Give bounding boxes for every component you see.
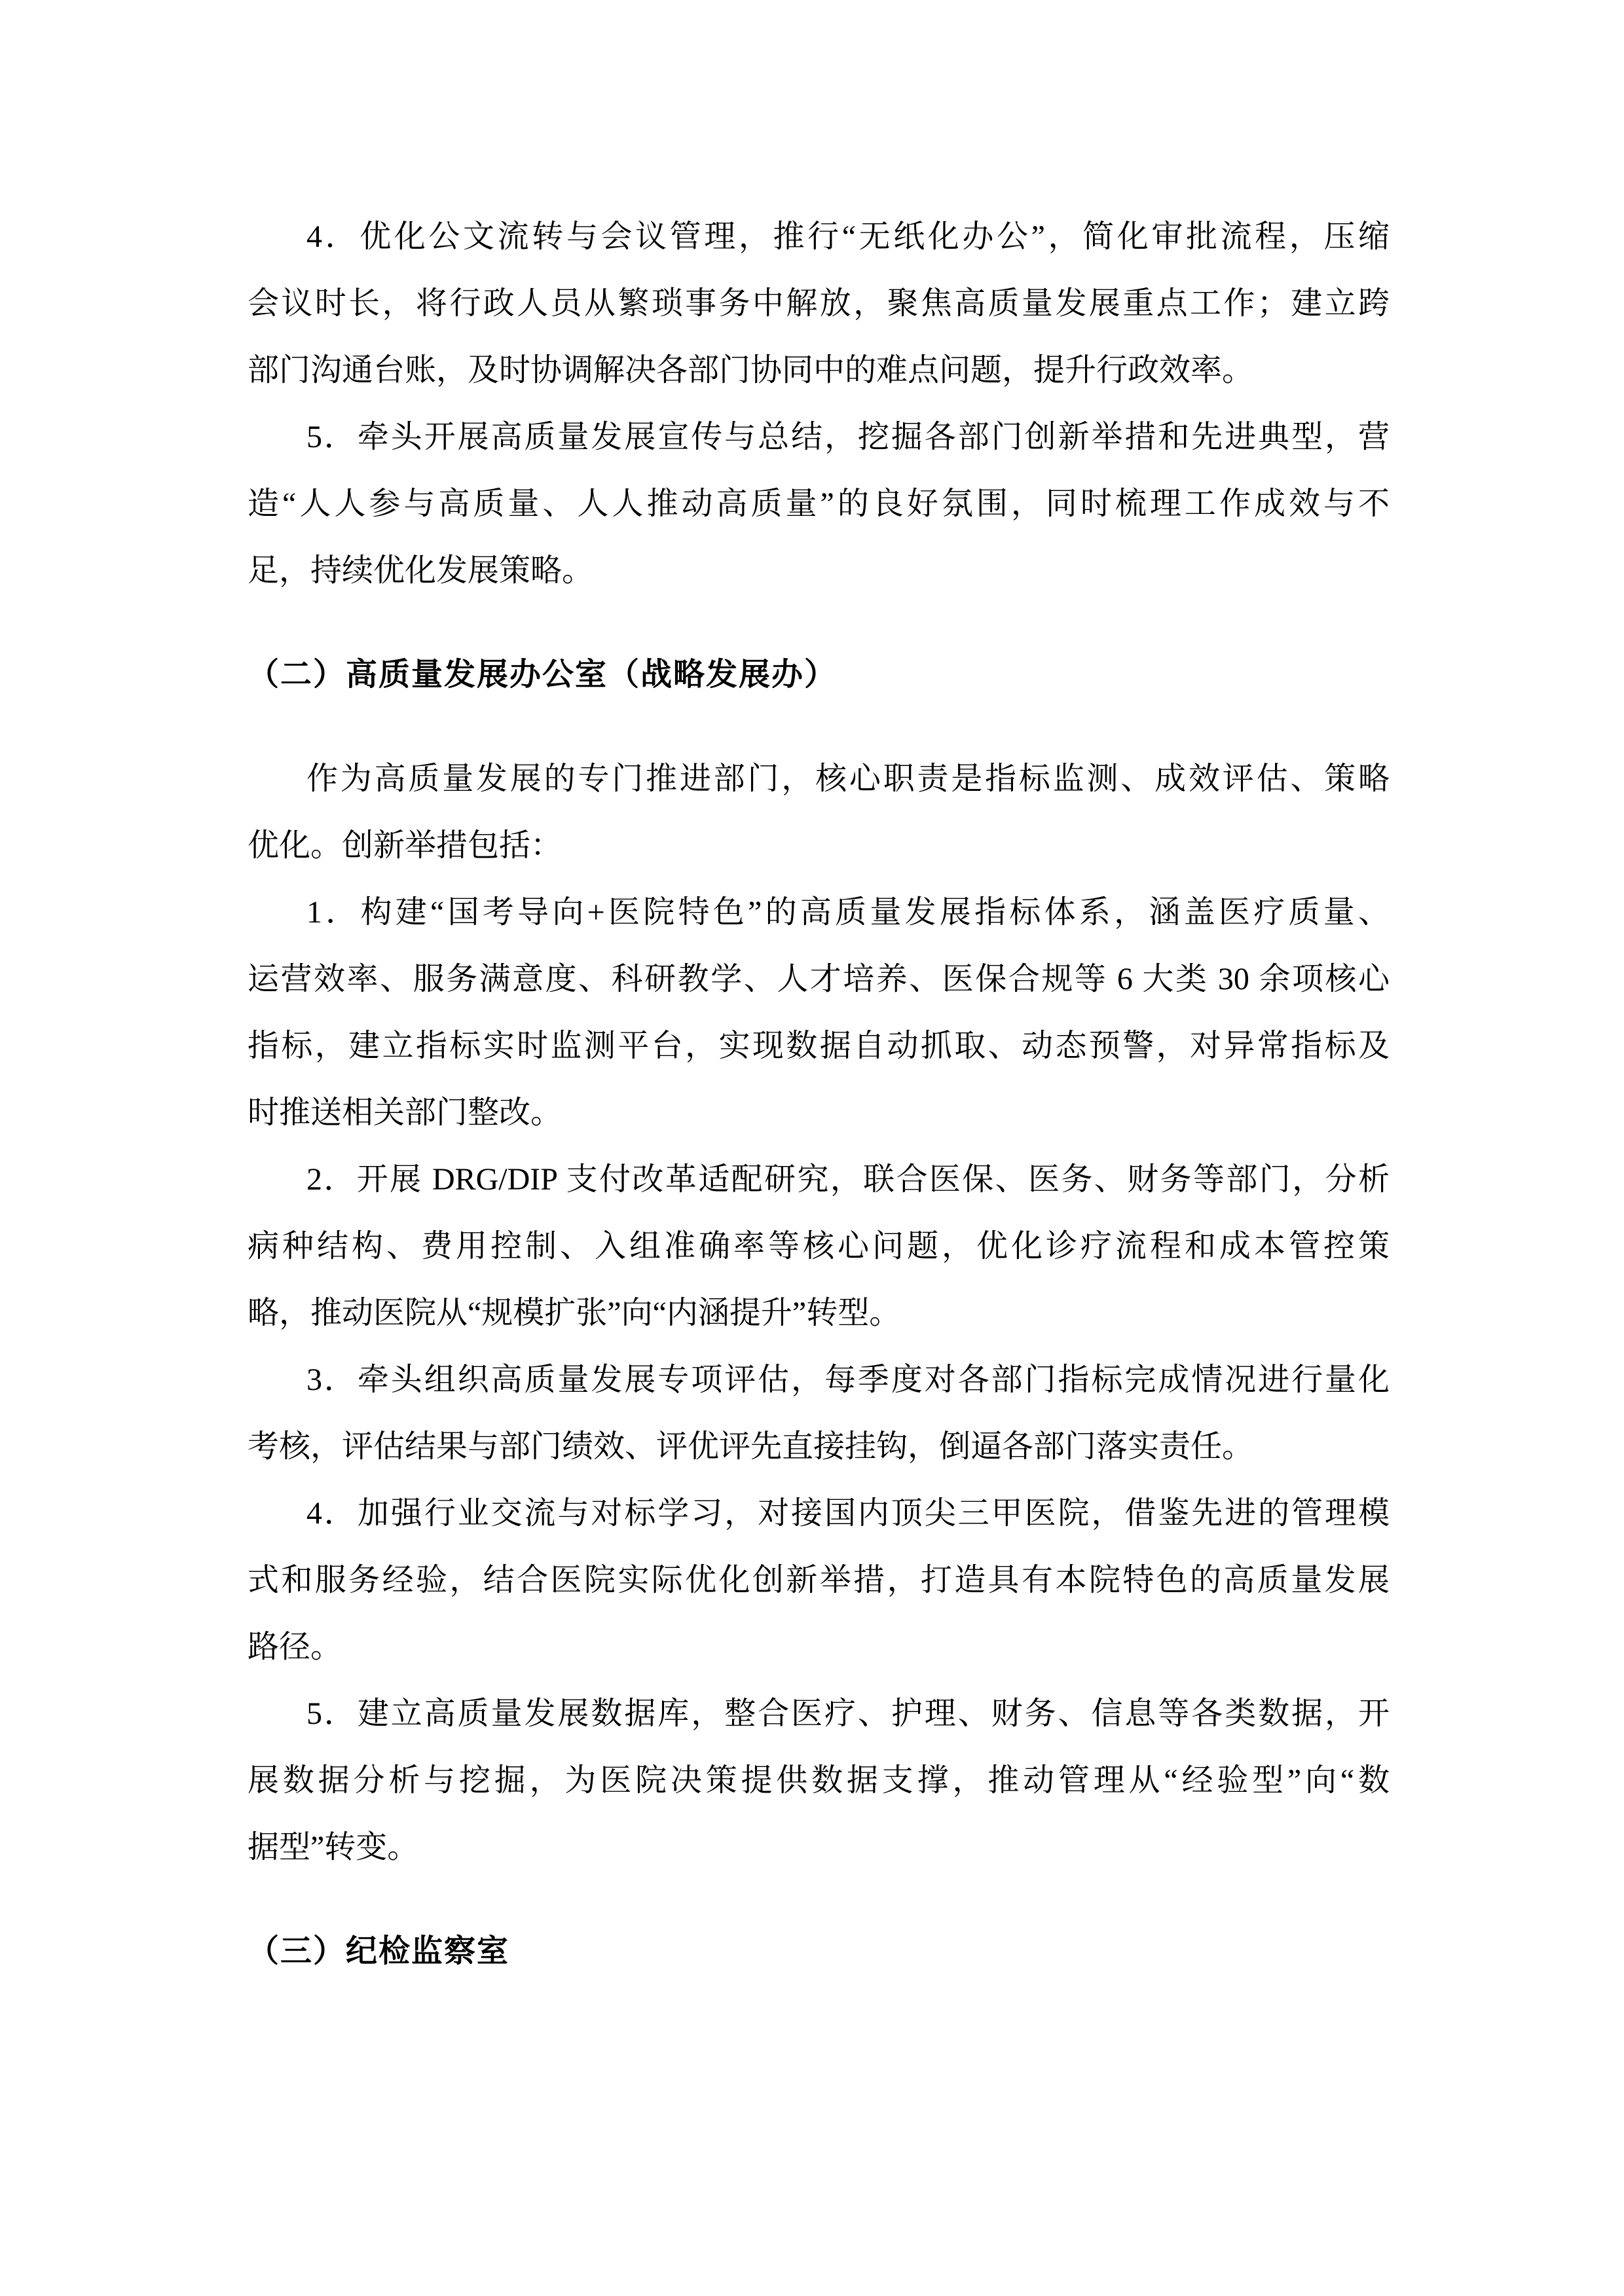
text-line: 会议时长，将行政人员从繁琐事务中解放，聚焦高质量发展重点工作；建立跨 (248, 270, 1390, 337)
text-line: 病种结构、费用控制、入组准确率等核心问题，优化诊疗流程和成本管控策 (248, 1213, 1390, 1280)
text-line: 1．构建“国考导向+医院特色”的高质量发展指标体系，涵盖医疗质量、 (248, 879, 1390, 946)
text-line: 略，推动医院从“规模扩张”向“内涵提升”转型。 (248, 1280, 1390, 1347)
text-line: 3．牵头组织高质量发展专项评估，每季度对各部门指标完成情况进行量化 (248, 1347, 1390, 1413)
text-line: 5．牵头开展高质量发展宣传与总结，挖掘各部门创新举措和先进典型，营 (248, 404, 1390, 471)
text-line: 2．开展 DRG/DIP 支付改革适配研究，联合医保、医务、财务等部门，分析 (248, 1146, 1390, 1213)
text-line: 4．加强行业交流与对标学习，对接国内顶尖三甲医院，借鉴先进的管理模 (248, 1480, 1390, 1547)
section-heading: （三）纪检监察室 (248, 1918, 1390, 1985)
text-line: 造“人人参与高质量、人人推动高质量”的良好氛围，同时梳理工作成效与不 (248, 471, 1390, 538)
text-line: 路径。 (248, 1614, 1390, 1681)
text-line: 5．建立高质量发展数据库，整合医疗、护理、财务、信息等各类数据，开 (248, 1681, 1390, 1747)
document-page: 4．优化公文流转与会议管理，推行“无纸化办公”，简化审批流程，压缩会议时长，将行… (0, 0, 1624, 2296)
text-line: 足，持续优化发展策略。 (248, 538, 1390, 604)
text-line: 运营效率、服务满意度、科研教学、人才培养、医保合规等 6 大类 30 余项核心 (248, 946, 1390, 1013)
text-line: 4．优化公文流转与会议管理，推行“无纸化办公”，简化审批流程，压缩 (248, 204, 1390, 270)
text-line: 考核，评估结果与部门绩效、评优评先直接挂钩，倒逼各部门落实责任。 (248, 1413, 1390, 1480)
text-line: 作为高质量发展的专门推进部门，核心职责是指标监测、成效评估、策略 (248, 746, 1390, 812)
section-heading: （二）高质量发展办公室（战略发展办） (248, 642, 1390, 708)
text-line: 据型”转变。 (248, 1814, 1390, 1881)
text-line: 展数据分析与挖掘，为医院决策提供数据支撑，推动管理从“经验型”向“数 (248, 1747, 1390, 1814)
document-content: 4．优化公文流转与会议管理，推行“无纸化办公”，简化审批流程，压缩会议时长，将行… (248, 204, 1390, 2022)
text-line: 式和服务经验，结合医院实际优化创新举措，打造具有本院特色的高质量发展 (248, 1547, 1390, 1614)
text-line: 时推送相关部门整改。 (248, 1080, 1390, 1146)
text-line: 优化。创新举措包括： (248, 812, 1390, 879)
text-line: 指标，建立指标实时监测平台，实现数据自动抓取、动态预警，对异常指标及 (248, 1013, 1390, 1080)
text-line: 部门沟通台账，及时协调解决各部门协同中的难点问题，提升行政效率。 (248, 337, 1390, 404)
